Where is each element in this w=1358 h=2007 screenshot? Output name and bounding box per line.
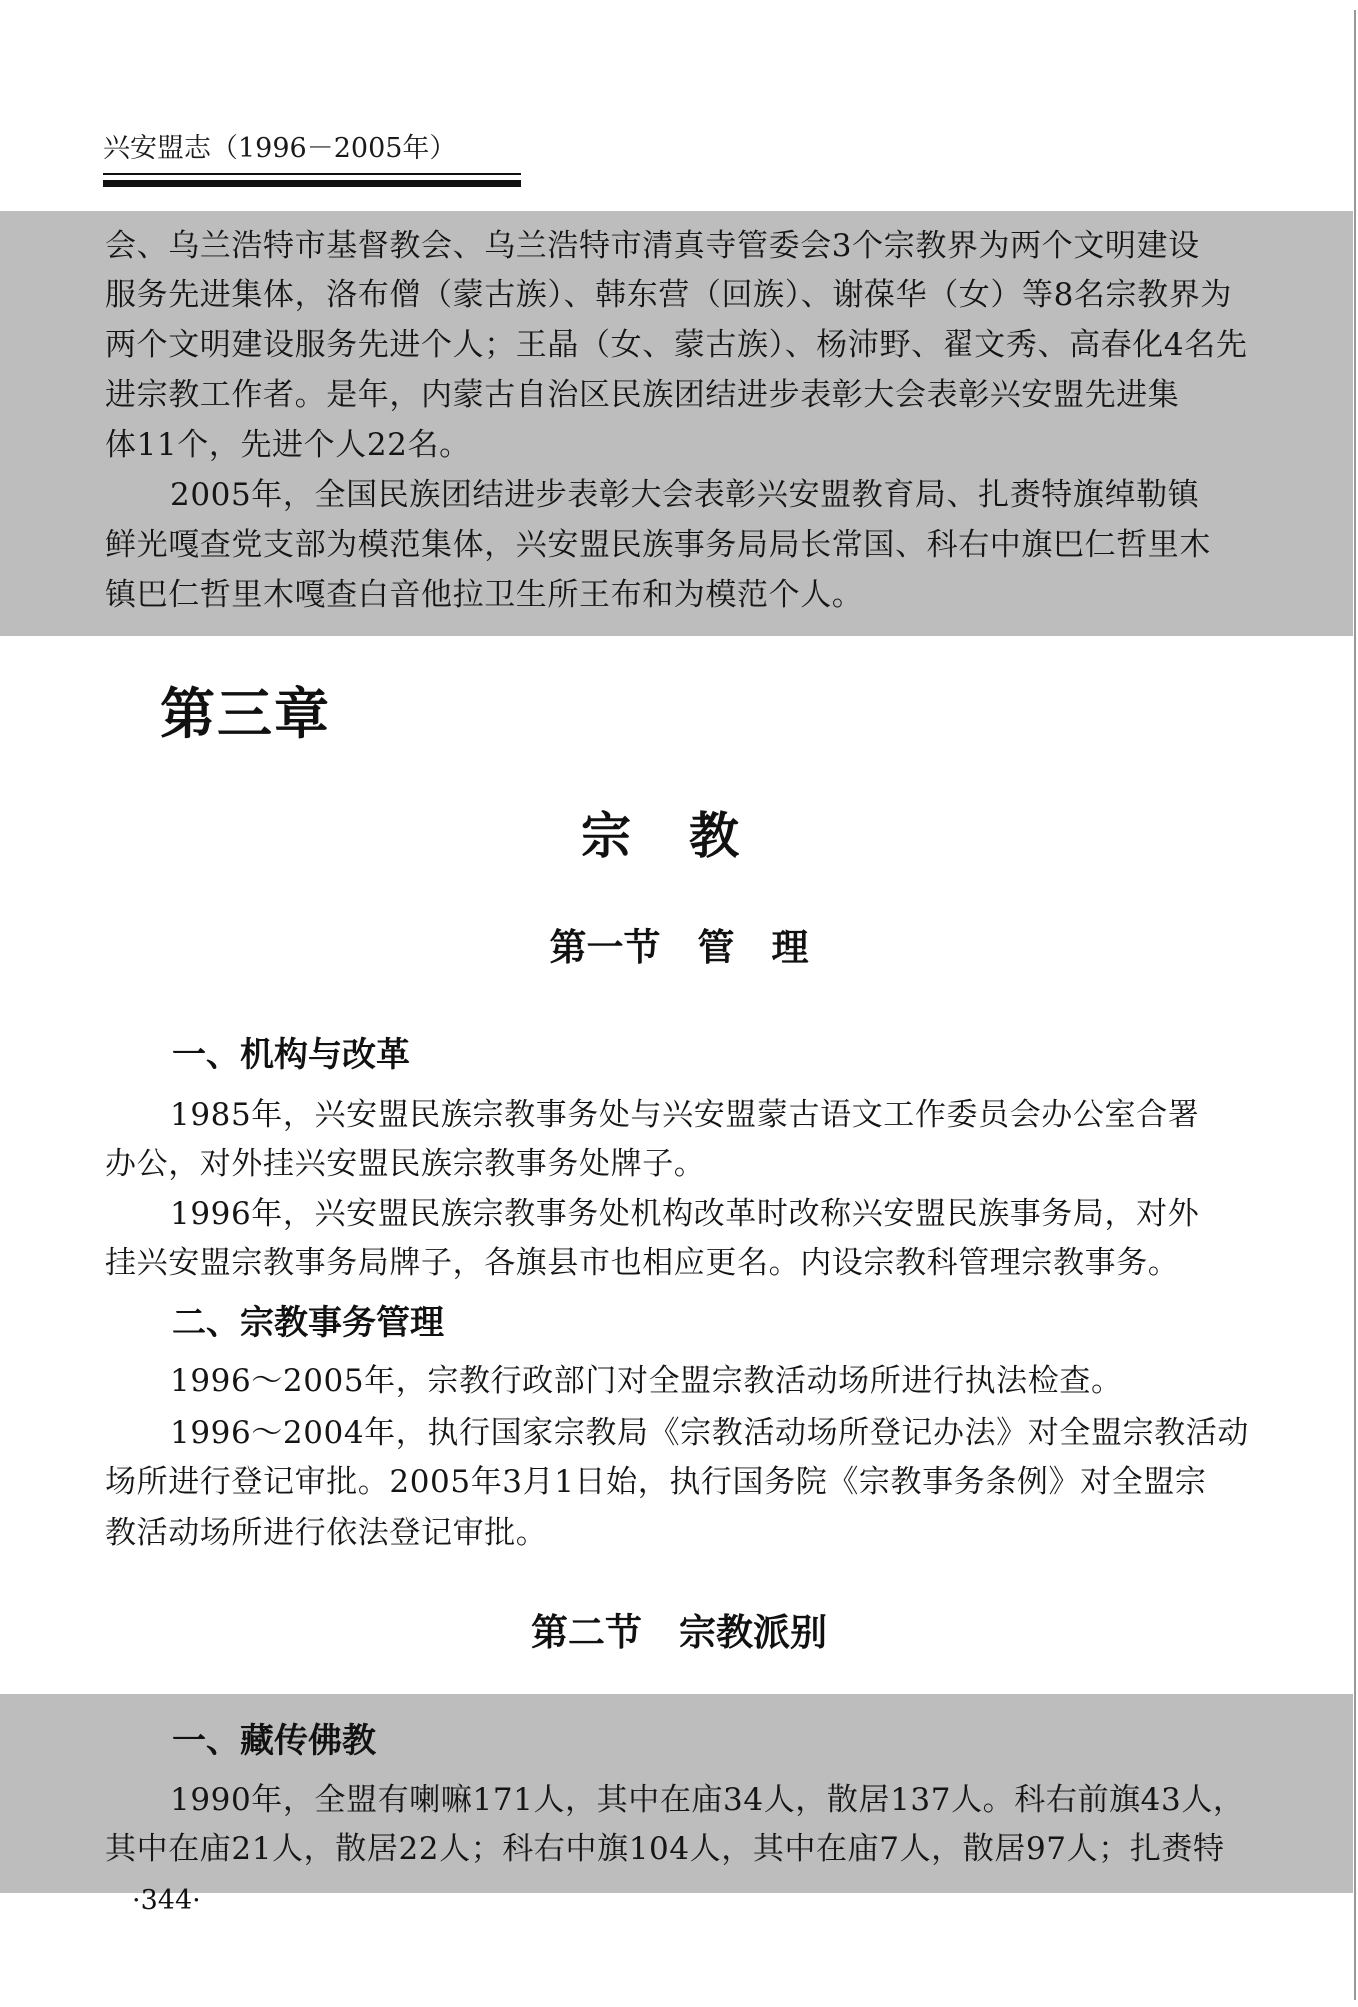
subsection-heading: 一、机构与改革 [172, 1033, 410, 1077]
running-head: 兴安盟志（1996－2005年） [103, 132, 456, 166]
text-line: 1996～2004年，执行国家宗教局《宗教活动场所登记办法》对全盟宗教活动 [170, 1413, 1245, 1453]
text-line: 镇巴仁哲里木嘎查白音他拉卫生所王布和为模范个人。 [105, 575, 1245, 615]
text-line: 1996年，兴安盟民族宗教事务处机构改革时改称兴安盟民族事务局，对外 [170, 1194, 1245, 1234]
section-title: 第一节 管 理 [0, 925, 1358, 971]
text-line: 鲜光嘎查党支部为模范集体，兴安盟民族事务局局长常国、科右中旗巴仁哲里木 [105, 525, 1245, 565]
subsection-heading: 二、宗教事务管理 [172, 1301, 444, 1345]
scan-edge-line [1354, 10, 1356, 2000]
text-line: 2005年，全国民族团结进步表彰大会表彰兴安盟教育局、扎赉特旗绰勒镇 [170, 475, 1245, 515]
text-line: 其中在庙21人，散居22人；科右中旗104人，其中在庙7人，散居97人；扎赉特 [105, 1829, 1245, 1869]
text-line: 挂兴安盟宗教事务局牌子，各旗县市也相应更名。内设宗教科管理宗教事务。 [105, 1243, 1245, 1283]
chapter-title-text: 宗教 [581, 806, 797, 866]
header-rule-thick [103, 180, 521, 187]
text-line: 会、乌兰浩特市基督教会、乌兰浩特市清真寺管委会3个宗教界为两个文明建设 [105, 226, 1245, 266]
text-line: 办公，对外挂兴安盟民族宗教事务处牌子。 [105, 1144, 1245, 1184]
section-title: 第二节 宗教派别 [0, 1610, 1358, 1656]
text-line: 体11个，先进个人22名。 [105, 425, 1245, 465]
text-line: 服务先进集体，洛布僧（蒙古族）、韩东营（回族）、谢葆华（女）等8名宗教界为 [105, 275, 1245, 315]
subsection-heading: 一、藏传佛教 [172, 1719, 376, 1763]
text-line: 教活动场所进行依法登记审批。 [105, 1513, 1245, 1553]
header-rule-thin [103, 173, 521, 175]
text-line: 1990年，全盟有喇嘛171人，其中在庙34人，散居137人。科右前旗43人， [170, 1780, 1245, 1820]
chapter-title: 宗教 [0, 806, 1358, 866]
text-line: 两个文明建设服务先进个人；王晶（女、蒙古族）、杨沛野、翟文秀、高春化4名先 [105, 325, 1245, 365]
text-line: 1996～2005年，宗教行政部门对全盟宗教活动场所进行执法检查。 [170, 1361, 1245, 1401]
text-line: 1985年，兴安盟民族宗教事务处与兴安盟蒙古语文工作委员会办公室合署 [170, 1095, 1245, 1135]
text-line: 进宗教工作者。是年，内蒙古自治区民族团结进步表彰大会表彰兴安盟先进集 [105, 375, 1245, 415]
chapter-label: 第三章 [160, 682, 331, 746]
page-number: ·344· [132, 1886, 201, 1916]
text-line: 场所进行登记审批。2005年3月1日始，执行国务院《宗教事务条例》对全盟宗 [105, 1462, 1245, 1502]
